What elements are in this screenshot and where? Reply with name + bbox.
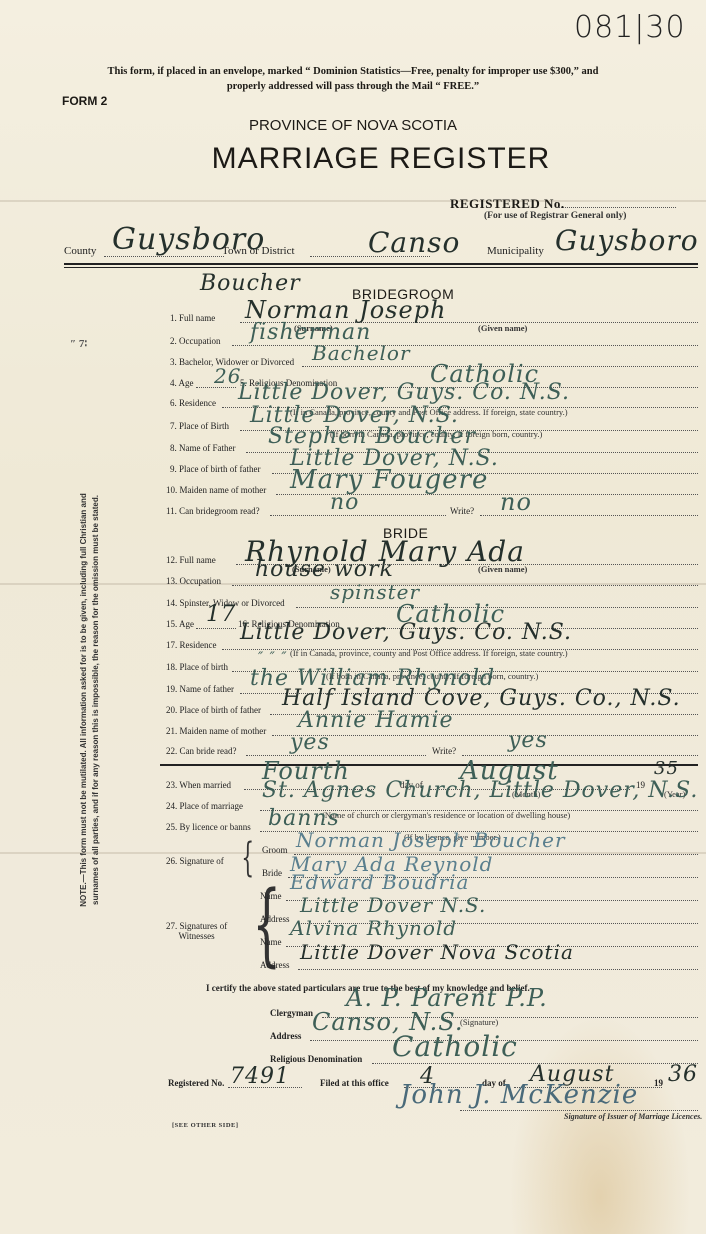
- page-title: MARRIAGE REGISTER: [0, 142, 706, 176]
- groom-read-value: no: [330, 490, 359, 515]
- witness-1-name-value: Edward Boudria: [290, 870, 469, 894]
- clergyman-address-label: Address: [270, 1031, 301, 1041]
- groom-signature-value: Norman Joseph Boucher: [296, 828, 566, 852]
- groom-write-value: no: [500, 488, 532, 516]
- witness-2-address-field[interactable]: [298, 969, 698, 970]
- groom-mother-label: 10. Maiden name of mother: [166, 485, 266, 495]
- municipality-value: Guysboro: [555, 224, 699, 257]
- bridegroom-surname-annotation: Boucher: [200, 271, 301, 296]
- groom-signature-label: Groom: [262, 845, 288, 855]
- bride-given-name-hint: (Given name): [478, 564, 527, 574]
- groom-residence-value: Little Dover, Guys. Co. N.S.: [238, 380, 570, 405]
- bride-age-field[interactable]: [196, 628, 236, 629]
- witness-1-address-value: Little Dover N.S.: [300, 893, 486, 917]
- groom-mother-value: Mary Fougere: [290, 465, 488, 495]
- witnesses-label-line-2: Witnesses: [166, 931, 227, 941]
- file-number: 081|30: [574, 10, 686, 45]
- licence-banns-label: 25. By licence or banns: [166, 822, 251, 832]
- witness-2-address-value: Little Dover Nova Scotia: [300, 940, 574, 964]
- clergyman-denomination-label: Religious Denomination: [270, 1054, 362, 1064]
- witnesses-label-line-1: 27. Signatures of: [166, 921, 227, 931]
- place-of-marriage-label: 24. Place of marriage: [166, 801, 243, 811]
- witness-2-address-label: Address: [260, 960, 290, 970]
- filed-year-value: 36: [668, 1062, 698, 1087]
- groom-age-label: 4. Age: [170, 378, 194, 388]
- groom-father-label: 8. Name of Father: [170, 443, 235, 453]
- see-other-side: [SEE OTHER SIDE]: [172, 1122, 239, 1129]
- mail-notice-line-2: properly addressed will pass through the…: [0, 79, 706, 94]
- issuer-signature-label: Signature of Issuer of Marriage Licences…: [564, 1112, 702, 1121]
- witnesses-label: 27. Signatures of Witnesses: [166, 921, 227, 941]
- when-year-value: 35: [654, 758, 679, 779]
- bride-birthplace-value: ″ ″ ″: [258, 650, 288, 666]
- issuer-signature-field[interactable]: [460, 1110, 698, 1111]
- bride-write-value: yes: [508, 728, 548, 753]
- form-id: FORM 2: [62, 94, 107, 108]
- bride-mother-field[interactable]: [272, 735, 698, 736]
- witness-1-address-label: Address: [260, 914, 290, 924]
- groom-occupation-field[interactable]: [232, 345, 698, 346]
- bride-father-birthplace-label: 20. Place of birth of father: [166, 705, 261, 715]
- registered-number-hint: (For use of Registrar General only): [484, 211, 626, 221]
- filing-registered-value: 7491: [230, 1064, 290, 1089]
- place-of-marriage-value: St. Agnes Church, Little Dover, N.S.: [262, 778, 698, 803]
- bride-occupation-field[interactable]: [232, 585, 698, 586]
- bride-age-value: 17: [206, 602, 236, 627]
- bride-divider: [160, 764, 698, 766]
- county-label: County: [64, 245, 96, 257]
- groom-father-birthplace-label: 9. Place of birth of father: [170, 464, 260, 474]
- town-value: Canso: [368, 226, 460, 259]
- bride-read-value: yes: [290, 730, 330, 755]
- bride-birthplace-label: 18. Place of birth: [166, 662, 228, 672]
- margin-mark: ″ 7∶: [70, 337, 87, 350]
- groom-read-label: 11. Can bridegroom read?: [166, 506, 260, 516]
- municipality-label: Municipality: [487, 245, 544, 257]
- side-note-line-1: NOTE.—This form must not be mutilated. A…: [78, 440, 90, 960]
- bride-residence-hint: (If in Canada, province, county and Post…: [290, 648, 568, 658]
- filed-label: Filed at this office: [320, 1078, 389, 1088]
- groom-given-name-hint: (Given name): [478, 323, 527, 333]
- groom-write-label: Write?: [450, 506, 474, 516]
- groom-status-value: Bachelor: [312, 341, 411, 365]
- bride-occupation-label: 13. Occupation: [166, 576, 221, 586]
- witness-1-name-label: Name: [260, 891, 282, 901]
- place-of-marriage-hint: (Name of church or clergyman's residence…: [322, 810, 570, 820]
- bride-write-label: Write?: [432, 746, 456, 756]
- bride-residence-label: 17. Residence: [166, 640, 216, 650]
- groom-residence-label: 6. Residence: [170, 398, 216, 408]
- clergyman-denomination-value: Catholic: [392, 1030, 518, 1063]
- registered-number-field[interactable]: [558, 207, 676, 208]
- bride-full-name-label: 12. Full name: [166, 555, 216, 565]
- groom-birthplace-label: 7. Place of Birth: [170, 421, 229, 431]
- filing-registered-label: Registered No.: [168, 1078, 224, 1088]
- bride-read-field[interactable]: [246, 755, 426, 756]
- groom-read-field[interactable]: [270, 515, 446, 516]
- header-divider: [64, 263, 698, 268]
- clergyman-label: Clergyman: [270, 1008, 313, 1018]
- bride-occupation-value: house work: [255, 557, 394, 582]
- province-heading: PROVINCE OF NOVA SCOTIA: [0, 117, 706, 134]
- registered-number-label: REGISTERED No.: [450, 196, 565, 212]
- witness-2-name-label: Name: [260, 937, 282, 947]
- bride-read-label: 22. Can bride read?: [166, 746, 236, 756]
- when-married-label: 23. When married: [166, 780, 231, 790]
- side-note-line-2: surnames of all parties, and if for any …: [90, 440, 102, 960]
- paper-fold: [0, 200, 706, 202]
- signature-of-label: 26. Signature of: [166, 856, 224, 866]
- side-note: NOTE.—This form must not be mutilated. A…: [78, 440, 102, 960]
- clergyman-signature-hint: (Signature): [460, 1017, 498, 1027]
- groom-occupation-label: 2. Occupation: [170, 336, 220, 346]
- mail-notice: This form, if placed in an envelope, mar…: [0, 64, 706, 94]
- bride-residence-value: Little Dover, Guys. Co. N.S.: [240, 620, 572, 645]
- bride-age-label: 15. Age: [166, 619, 194, 629]
- town-label: Town or District: [222, 245, 295, 257]
- mail-notice-line-1: This form, if placed in an envelope, mar…: [0, 64, 706, 79]
- filed-year-prefix: 19: [654, 1078, 663, 1088]
- bride-mother-label: 21. Maiden name of mother: [166, 726, 266, 736]
- groom-full-name-label: 1. Full name: [170, 313, 215, 323]
- witness-2-name-value: Alvina Rhynold: [290, 916, 457, 940]
- issuer-signature-value: John J. McKenzie: [400, 1080, 638, 1110]
- bride-father-label: 19. Name of father: [166, 684, 234, 694]
